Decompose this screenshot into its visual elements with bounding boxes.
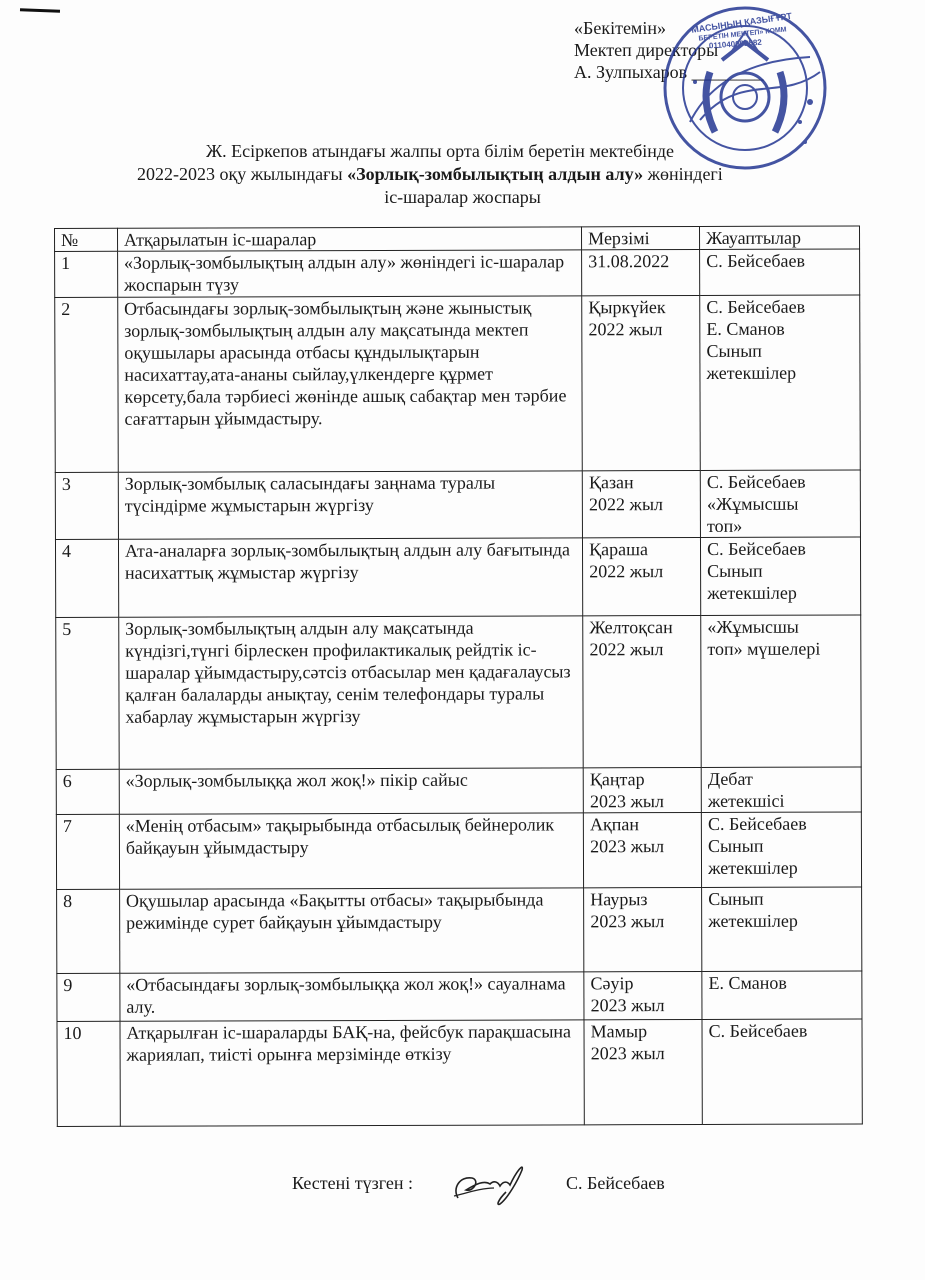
row-deadline: Қараша2022 жыл [583, 537, 701, 615]
responsible-line: жетекшісі [708, 789, 855, 811]
responsible-line: жетекшілер [707, 581, 854, 603]
row-activity: Атқарылған іс-шараларды БАҚ-на, фейсбук … [120, 1020, 585, 1126]
header-activity: Атқарылатын іс-шаралар [117, 227, 581, 251]
row-number: 1 [55, 251, 118, 297]
row-activity: Отбасындағы зорлық-зомбылықтың және жыны… [118, 296, 583, 472]
title-topic: «Зорлық-зомбылықтың алдын алу» [347, 164, 643, 184]
responsible-line: топ» мүшелері [707, 637, 854, 659]
deadline-line: 2023 жыл [590, 790, 695, 812]
row-deadline: Қыркүйек2022 жыл [582, 295, 700, 470]
row-deadline: Сәуір2023 жыл [584, 971, 702, 1019]
row-activity: Зорлық-зомбылық саласындағы заңнама тура… [118, 471, 582, 539]
header-num: № [55, 228, 118, 251]
responsible-line: С. Бейсебаев [706, 295, 853, 317]
table-row: 3Зорлық-зомбылық саласындағы заңнама тур… [55, 470, 860, 540]
responsible-line: С. Бейсебаев [706, 249, 853, 271]
row-activity: «Зорлық-зомбылыққа жол жоқ!» пікір сайыс [119, 768, 583, 814]
header-deadline: Мерзімі [582, 226, 700, 249]
responsible-line: жетекшілер [708, 909, 855, 931]
deadline-line: Мамыр [591, 1020, 696, 1042]
responsible-line: С. Бейсебаев [709, 1019, 856, 1041]
deadline-line: Сәуір [590, 972, 695, 994]
row-activity: Зорлық-зомбылықтың алдын алу мақсатында … [119, 616, 584, 769]
row-deadline: Мамыр2023 жыл [584, 1019, 702, 1124]
row-activity: Ата-аналарға зорлық-зомбылықтың алдын ал… [118, 538, 582, 617]
row-responsible: С. БейсебаевЕ. СмановСыныпжетекшілер [700, 295, 860, 471]
row-number: 9 [57, 973, 120, 1021]
responsible-line: Дебат [708, 767, 855, 789]
row-activity: «Отбасындағы зорлық-зомбылыққа жол жоқ!»… [120, 972, 584, 1021]
row-responsible: С. БейсебаевСыныпжетекшілер [701, 812, 861, 888]
responsible-line: С. Бейсебаев [707, 470, 854, 492]
row-deadline: Наурыз2023 жыл [584, 887, 702, 971]
deadline-line: Желтоқсан [589, 616, 694, 638]
header-responsible: Жауаптылар [700, 226, 860, 250]
row-number: 7 [56, 814, 119, 889]
table-row: 9«Отбасындағы зорлық-зомбылыққа жол жоқ!… [57, 971, 862, 1022]
row-responsible: Дебатжетекшісі [701, 767, 861, 813]
row-responsible: С. Бейсебаев [700, 249, 860, 296]
deadline-line: 2022 жыл [589, 493, 694, 515]
row-deadline: Ақпан2023 жыл [583, 812, 701, 887]
row-responsible: Е. Сманов [702, 971, 862, 1020]
responsible-line: Е. Сманов [708, 971, 855, 993]
row-number: 10 [57, 1021, 120, 1126]
table-row: 8Оқушылар арасында «Бақытты отбасы» тақы… [57, 887, 862, 974]
deadline-line: 2023 жыл [591, 994, 696, 1016]
title-line-2-prefix: 2022-2023 оқу жылындағы [137, 164, 347, 184]
activity-plan-table: № Атқарылатын іс-шаралар Мерзімі Жауапты… [54, 225, 863, 1127]
table-row: 4Ата-аналарға зорлық-зомбылықтың алдын а… [55, 537, 860, 618]
responsible-line: «Жұмысшы [707, 492, 854, 514]
title-line-3: іс-шаралар жоспары [0, 186, 925, 208]
title-line-1: Ж. Есіркепов атындағы жалпы орта білім б… [206, 140, 674, 162]
deadline-line: Қазан [589, 471, 694, 493]
deadline-line: Ақпан [590, 813, 695, 835]
deadline-line: 2023 жыл [590, 835, 695, 857]
deadline-line: 2023 жыл [591, 1042, 696, 1064]
row-activity: Оқушылар арасында «Бақытты отбасы» тақыр… [119, 888, 583, 973]
official-seal-icon: МАСЫНЫҢ ҚАЗЫҒҰРТ БЕРЕТІН МЕКТЕП» КОММ 01… [660, 2, 830, 174]
deadline-line: 2023 жыл [590, 910, 695, 932]
deadline-line: 31.08.2022 [588, 250, 693, 272]
table-row: 2Отбасындағы зорлық-зомбылықтың және жын… [55, 295, 861, 473]
compiled-by-label: Кестені түзген : [292, 1172, 413, 1194]
row-deadline: Қаңтар2023 жыл [583, 767, 701, 812]
responsible-line: «Жұмысшы [707, 615, 854, 637]
row-responsible: С. Бейсебаев [702, 1019, 862, 1125]
row-responsible: С. Бейсебаев«Жұмысшытоп» [700, 470, 860, 538]
responsible-line: Сынып [706, 339, 853, 361]
handwritten-signature-icon [450, 1158, 530, 1208]
title-line-2-suffix: жөніндегі [643, 164, 723, 184]
scan-mark [20, 8, 60, 12]
row-responsible: С. БейсебаевСыныпжетекшілер [701, 537, 861, 616]
responsible-line: жетекшілер [706, 361, 853, 383]
row-activity: «Менің отбасым» тақырыбында отбасылық бе… [119, 813, 583, 889]
responsible-line: С. Бейсебаев [707, 537, 854, 559]
row-responsible: Сыныпжетекшілер [702, 887, 862, 972]
row-number: 3 [55, 472, 118, 539]
deadline-line: Наурыз [590, 888, 695, 910]
table-row: 10Атқарылған іс-шараларды БАҚ-на, фейсбу… [57, 1019, 862, 1127]
responsible-line: топ» [707, 514, 854, 536]
row-deadline: Желтоқсан2022 жыл [583, 615, 701, 767]
responsible-line: Сынып [708, 834, 855, 856]
responsible-line: Сынып [707, 559, 854, 581]
responsible-line: Сынып [708, 887, 855, 909]
title-line-2: 2022-2023 оқу жылындағы «Зорлық-зомбылық… [137, 163, 723, 185]
row-number: 2 [55, 297, 118, 472]
deadline-line: Қараша [589, 538, 694, 560]
row-deadline: Қазан2022 жыл [582, 470, 700, 537]
deadline-line: Қыркүйек [588, 296, 693, 318]
compiler-name: С. Бейсебаев [566, 1172, 665, 1194]
deadline-line: 2022 жыл [589, 560, 694, 582]
row-activity: «Зорлық-зомбылықтың алдын алу» жөніндегі… [117, 250, 581, 297]
responsible-line: Е. Сманов [706, 317, 853, 339]
row-deadline: 31.08.2022 [582, 249, 700, 295]
row-responsible: «Жұмысшытоп» мүшелері [701, 615, 861, 768]
table-header-row: № Атқарылатын іс-шаралар Мерзімі Жауапты… [55, 226, 860, 252]
deadline-line: 2022 жыл [589, 638, 694, 660]
deadline-line: 2022 жыл [588, 318, 693, 340]
responsible-line: С. Бейсебаев [708, 812, 855, 834]
row-number: 8 [57, 889, 120, 973]
table-row: 6«Зорлық-зомбылыққа жол жоқ!» пікір сайы… [56, 767, 861, 815]
row-number: 5 [56, 617, 119, 769]
table-row: 1«Зорлық-зомбылықтың алдын алу» жөніндег… [55, 249, 860, 298]
deadline-line: Қаңтар [590, 768, 695, 790]
row-number: 4 [55, 539, 118, 617]
responsible-line: жетекшілер [708, 856, 855, 878]
row-number: 6 [56, 769, 119, 814]
table-row: 5Зорлық-зомбылықтың алдын алу мақсатында… [56, 615, 861, 770]
table-row: 7«Менің отбасым» тақырыбында отбасылық б… [56, 812, 861, 890]
